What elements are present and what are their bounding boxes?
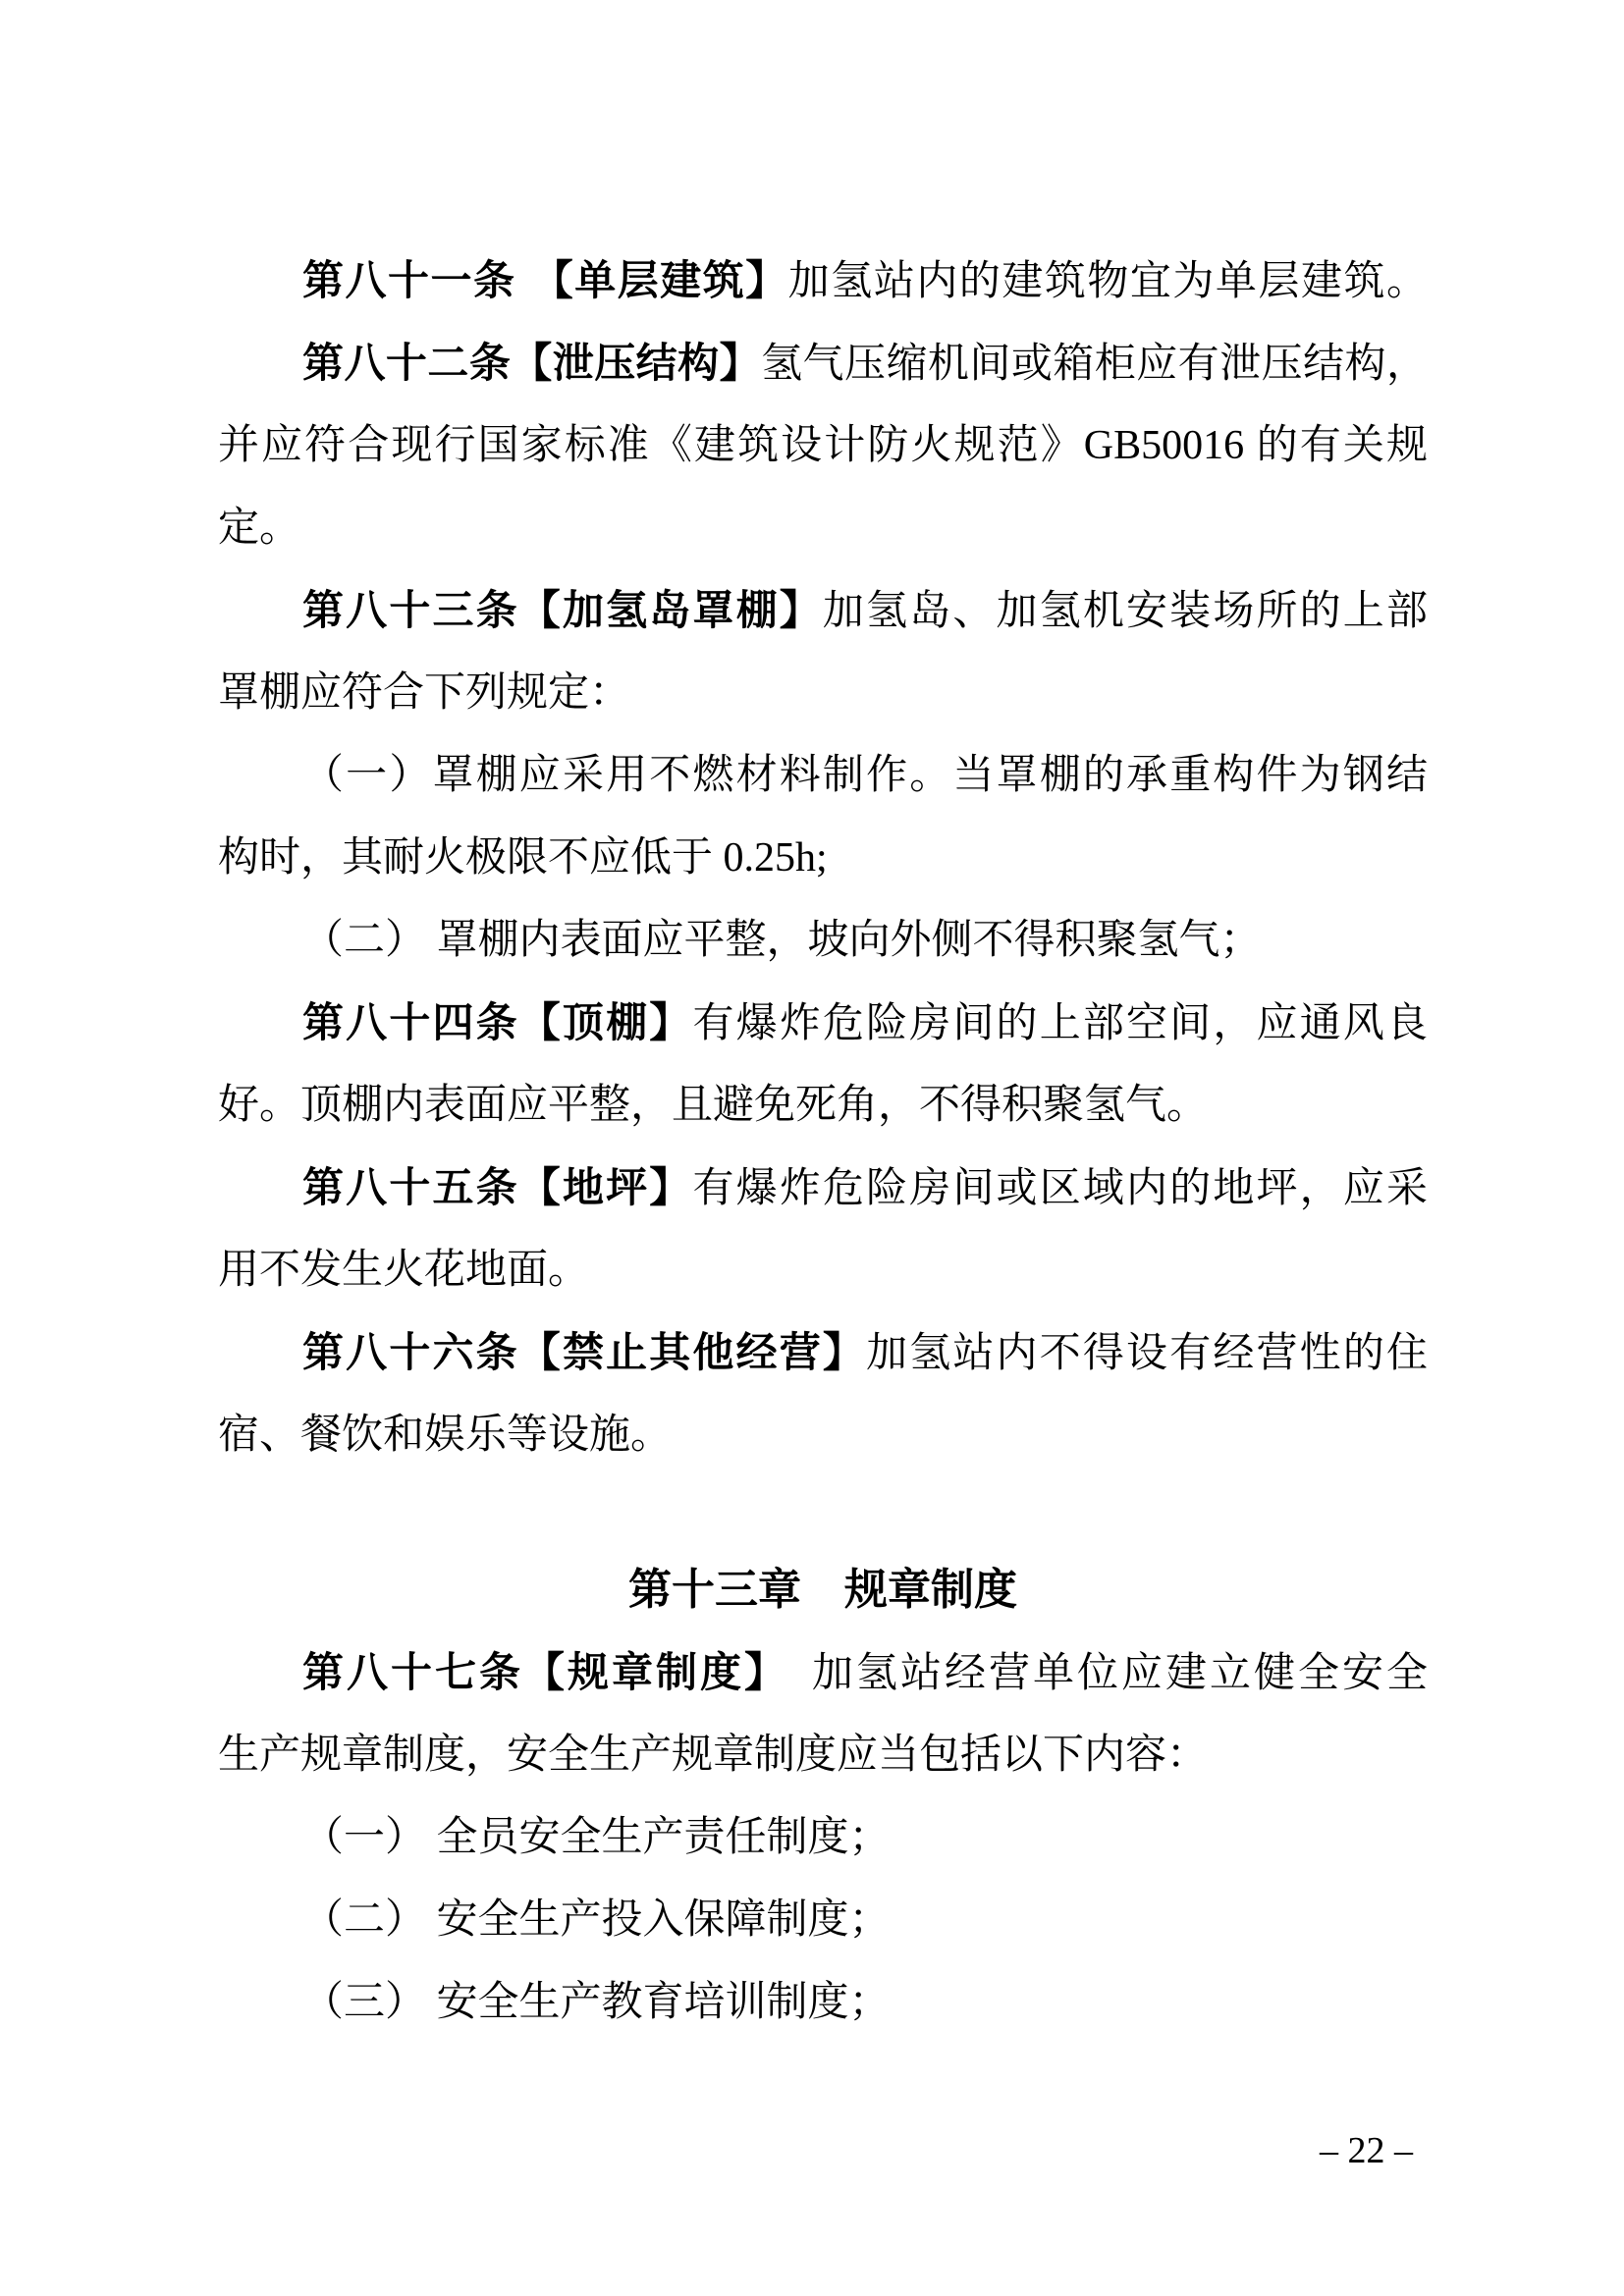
line-text: 加氢站内不得设有经营性的住	[866, 1331, 1428, 1376]
article-term: 第八十三条【加氢岛罩棚】	[302, 586, 823, 634]
doc-line: 并应符合现行国家标准《建筑设计防火规范》GB50016 的有关规	[218, 404, 1428, 487]
doc-line: 定。	[218, 487, 1428, 569]
line-text: 氢气压缩机间或箱柜应有泄压结构，	[761, 342, 1428, 387]
line-text: 宿、餐饮和娱乐等设施。	[218, 1413, 672, 1458]
line-text: （二） 罩棚内表面应平整，坡向外侧不得积聚氢气；	[302, 918, 1262, 963]
line-text: （二） 安全生产投入保障制度；	[302, 1897, 891, 1943]
line-text: （一） 全员安全生产责任制度；	[302, 1815, 891, 1860]
line-text: 构时，其耐火极限不应低于 0.25h;	[218, 835, 828, 881]
line-text: 罩棚应符合下列规定：	[218, 670, 630, 716]
doc-line-article-83: 第八十三条【加氢岛罩棚】加氢岛、加氢机安装场所的上部	[218, 569, 1428, 652]
line-text: 生产规章制度，安全生产规章制度应当包括以下内容：	[218, 1733, 1208, 1778]
doc-line: 宿、餐饮和娱乐等设施。	[218, 1394, 1428, 1476]
doc-line-article-81: 第八十一条 【单层建筑】加氢站内的建筑物宜为单层建筑。	[218, 240, 1428, 322]
line-text: 好。顶棚内表面应平整，且避免死角，不得积聚氢气。	[218, 1083, 1208, 1128]
line-text: 加氢岛、加氢机安装场所的上部	[823, 589, 1428, 634]
page-number: – 22 –	[1320, 2128, 1413, 2173]
article-term: 第八十六条【禁止其他经营】	[302, 1328, 866, 1376]
doc-line-article-82: 第八十二条【泄压结构】氢气压缩机间或箱柜应有泄压结构，	[218, 322, 1428, 404]
doc-line: 好。顶棚内表面应平整，且避免死角，不得积聚氢气。	[218, 1064, 1428, 1147]
doc-line-item-2: （二） 安全生产投入保障制度；	[218, 1879, 1428, 1961]
line-text: （三） 安全生产教育培训制度；	[302, 1980, 891, 2025]
doc-line-article-86: 第八十六条【禁止其他经营】加氢站内不得设有经营性的住	[218, 1311, 1428, 1394]
doc-line-item-2: （二） 罩棚内表面应平整，坡向外侧不得积聚氢气；	[218, 899, 1428, 982]
blank-line	[218, 1476, 1428, 1549]
line-text: 用不发生火花地面。	[218, 1248, 589, 1293]
doc-line-item-1: （一）罩棚应采用不燃材料制作。当罩棚的承重构件为钢结	[218, 734, 1428, 817]
line-text: 加氢站内的建筑物宜为单层建筑。	[788, 259, 1428, 304]
doc-line-item-1: （一） 全员安全生产责任制度；	[218, 1796, 1428, 1879]
line-text: 并应符合现行国家标准《建筑设计防火规范》GB50016 的有关规	[218, 423, 1428, 468]
document-content: 第八十一条 【单层建筑】加氢站内的建筑物宜为单层建筑。 第八十二条【泄压结构】氢…	[218, 240, 1428, 2044]
doc-line-item-3: （三） 安全生产教育培训制度；	[218, 1961, 1428, 2044]
document-page: 第八十一条 【单层建筑】加氢站内的建筑物宜为单层建筑。 第八十二条【泄压结构】氢…	[0, 0, 1624, 2296]
article-term: 第八十一条 【单层建筑】	[302, 256, 788, 304]
line-text: 有爆炸危险房间或区域内的地坪，应采	[692, 1166, 1428, 1211]
article-term: 第八十七条【规章制度】	[302, 1648, 768, 1696]
article-term: 第八十五条【地坪】	[302, 1163, 692, 1211]
line-text: 定。	[218, 506, 300, 551]
article-term: 第八十四条【顶棚】	[302, 998, 692, 1046]
line-text: （一）罩棚应采用不燃材料制作。当罩棚的承重构件为钢结	[302, 753, 1428, 798]
doc-line: 罩棚应符合下列规定：	[218, 652, 1428, 734]
doc-line-article-84: 第八十四条【顶棚】有爆炸危险房间的上部空间，应通风良	[218, 982, 1428, 1064]
line-text: 有爆炸危险房间的上部空间，应通风良	[692, 1001, 1428, 1046]
doc-line: 生产规章制度，安全生产规章制度应当包括以下内容：	[218, 1714, 1428, 1796]
doc-line-article-87: 第八十七条【规章制度】 加氢站经营单位应建立健全安全	[218, 1631, 1428, 1714]
line-text: 加氢站经营单位应建立健全安全	[768, 1651, 1428, 1696]
chapter-heading: 第十三章 规章制度	[218, 1549, 1428, 1631]
article-term: 第八十二条【泄压结构】	[302, 339, 761, 387]
doc-line: 构时，其耐火极限不应低于 0.25h;	[218, 817, 1428, 899]
doc-line: 用不发生火花地面。	[218, 1229, 1428, 1311]
doc-line-article-85: 第八十五条【地坪】有爆炸危险房间或区域内的地坪，应采	[218, 1147, 1428, 1229]
